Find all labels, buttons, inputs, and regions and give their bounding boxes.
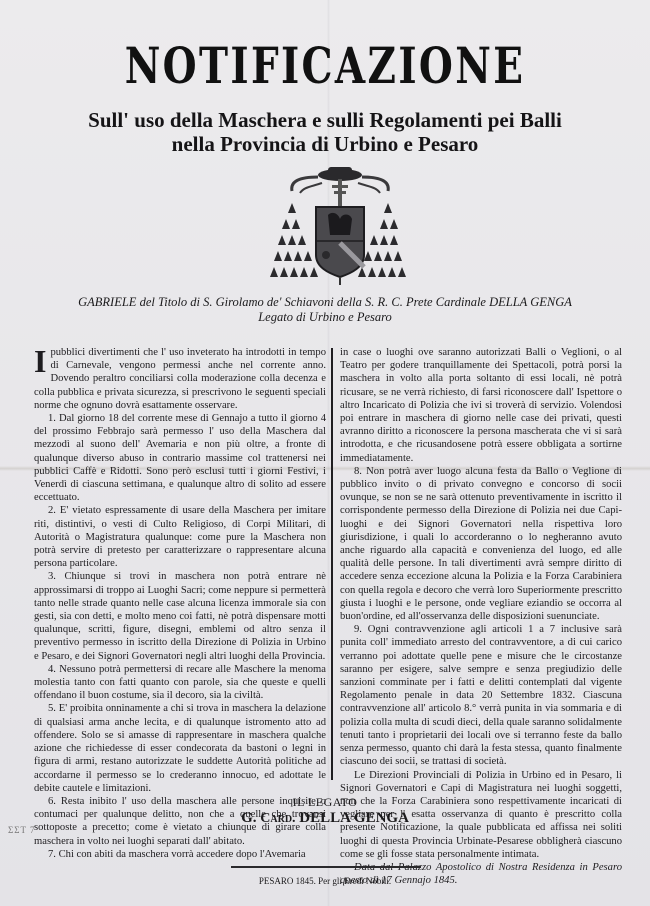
article-4: 4. Nessuno potrà permettersi di recare a… — [34, 663, 326, 703]
article-1: 1. Dal giorno 18 del corrente mese di Ge… — [34, 412, 326, 504]
issuer-office-line: Legato di Urbino e Pesaro — [0, 310, 650, 325]
article-9: 9. Ogni contravvenzione agli articoli 1 … — [340, 623, 622, 768]
handwritten-marginalia: ΣΣΤ 7 — [8, 825, 36, 835]
issuer-line: GABRIELE del Titolo di S. Girolamo de' S… — [0, 295, 650, 310]
imprint-rule — [231, 866, 421, 868]
left-text-column: I pubblici divertimenti che l' uso invet… — [34, 346, 326, 861]
article-7-continued: in case o luoghi ove saranno autorizzati… — [340, 346, 622, 465]
article-7-start: 7. Chi con abiti da maschera vorrà acced… — [34, 848, 326, 861]
poster-page: NOTIFICAZIONE Sull' uso della Maschera e… — [0, 0, 650, 906]
cardinal-coat-of-arms-icon — [270, 163, 410, 285]
issuer-heading: GABRIELE del Titolo di S. Girolamo de' S… — [0, 295, 650, 325]
article-5: 5. E' proibita onninamente a chi si trov… — [34, 702, 326, 794]
printer-imprint: PESARO 1845. Per gli Eredi Nobili. — [0, 876, 650, 886]
article-3: 3. Chiunque si trovi in maschera non pot… — [34, 570, 326, 662]
subtitle-line-2: nella Provincia di Urbino e Pesaro — [0, 132, 650, 156]
signature-name: G. Card. DELLA GENGA — [0, 810, 650, 827]
signature-role: IL LEGATO — [0, 795, 650, 810]
column-divider — [331, 348, 333, 780]
article-2: 2. E' vietato espressamente di usare del… — [34, 504, 326, 570]
drop-cap: I — [34, 348, 46, 374]
document-title: NOTIFICAZIONE — [72, 38, 579, 94]
preamble-paragraph: I pubblici divertimenti che l' uso invet… — [34, 346, 326, 412]
article-8: 8. Non potrà aver luogo alcuna festa da … — [340, 465, 622, 623]
subtitle-line-1: Sull' uso della Maschera e sulli Regolam… — [0, 108, 650, 132]
document-subtitle: Sull' uso della Maschera e sulli Regolam… — [0, 108, 650, 156]
